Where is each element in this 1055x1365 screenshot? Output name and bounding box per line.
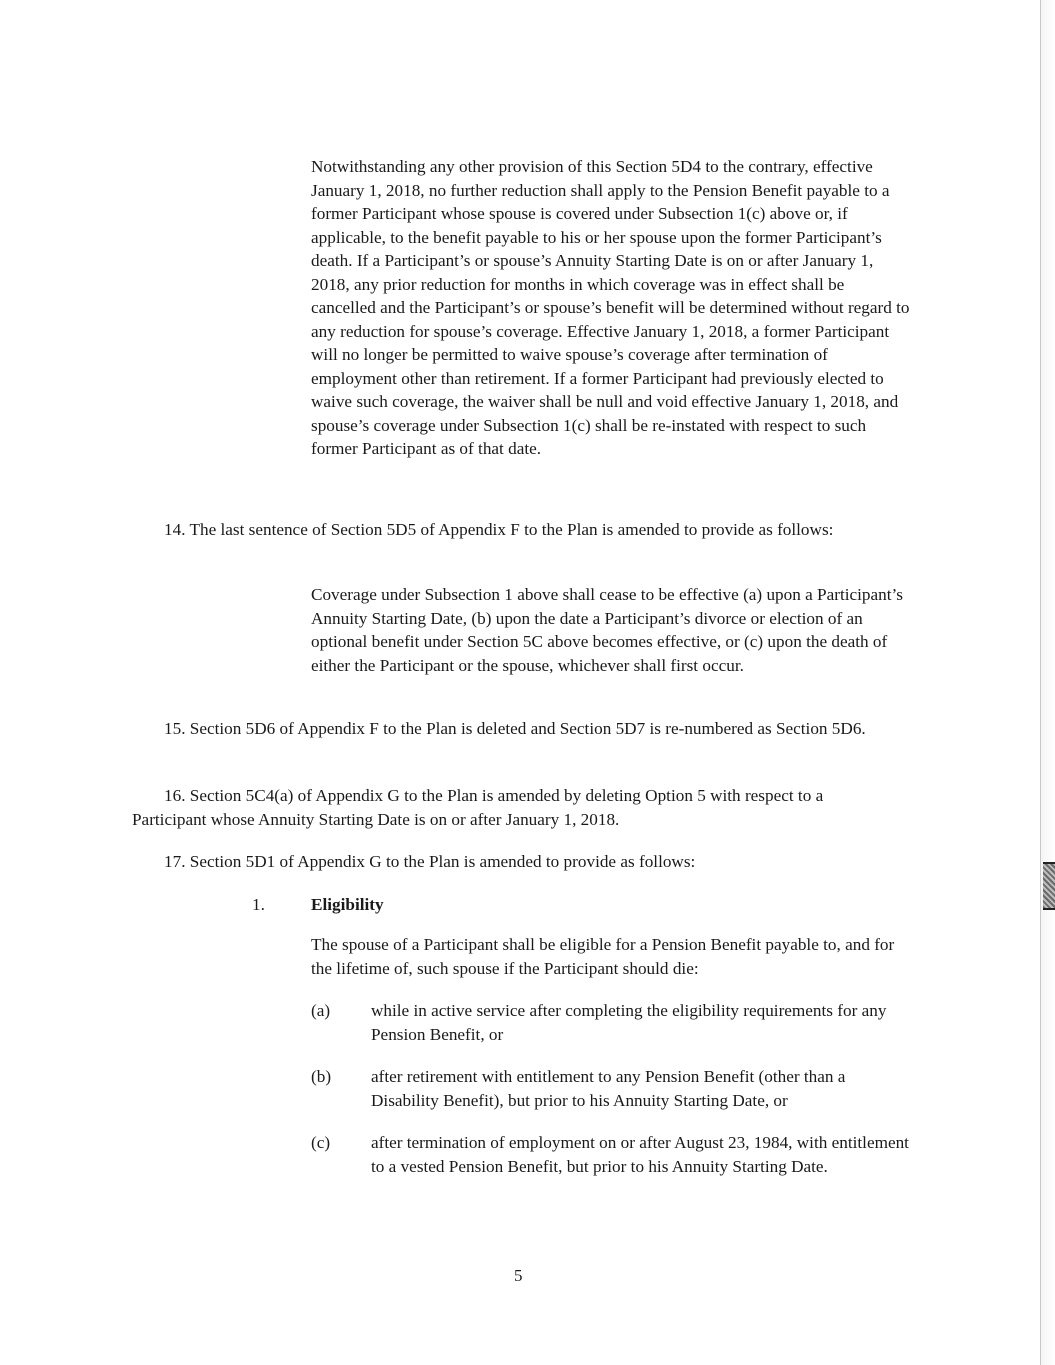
eligibility-number: 1.: [252, 893, 265, 917]
item-16: 16. Section 5C4(a) of Appendix G to the …: [132, 784, 892, 831]
amended-section-5d4-text: Notwithstanding any other provision of t…: [311, 155, 911, 461]
scan-page-edge: [1040, 0, 1055, 1365]
scan-edge-mark: [1043, 862, 1055, 910]
clause-a-label: (a): [311, 999, 330, 1023]
item-14: 14. The last sentence of Section 5D5 of …: [132, 518, 892, 542]
clause-b-label: (b): [311, 1065, 331, 1089]
item-15: 15. Section 5D6 of Appendix F to the Pla…: [132, 717, 892, 741]
item-14-quote: Coverage under Subsection 1 above shall …: [311, 583, 911, 677]
clause-a-text: while in active service after completing…: [371, 999, 916, 1046]
page-number: 5: [514, 1266, 523, 1286]
clause-c-label: (c): [311, 1131, 330, 1155]
document-page: Notwithstanding any other provision of t…: [0, 0, 1055, 1365]
eligibility-intro: The spouse of a Participant shall be eli…: [311, 933, 911, 980]
clause-c-text: after termination of employment on or af…: [371, 1131, 916, 1178]
eligibility-heading: Eligibility: [311, 893, 384, 917]
clause-b-text: after retirement with entitlement to any…: [371, 1065, 916, 1112]
item-17: 17. Section 5D1 of Appendix G to the Pla…: [132, 850, 892, 874]
